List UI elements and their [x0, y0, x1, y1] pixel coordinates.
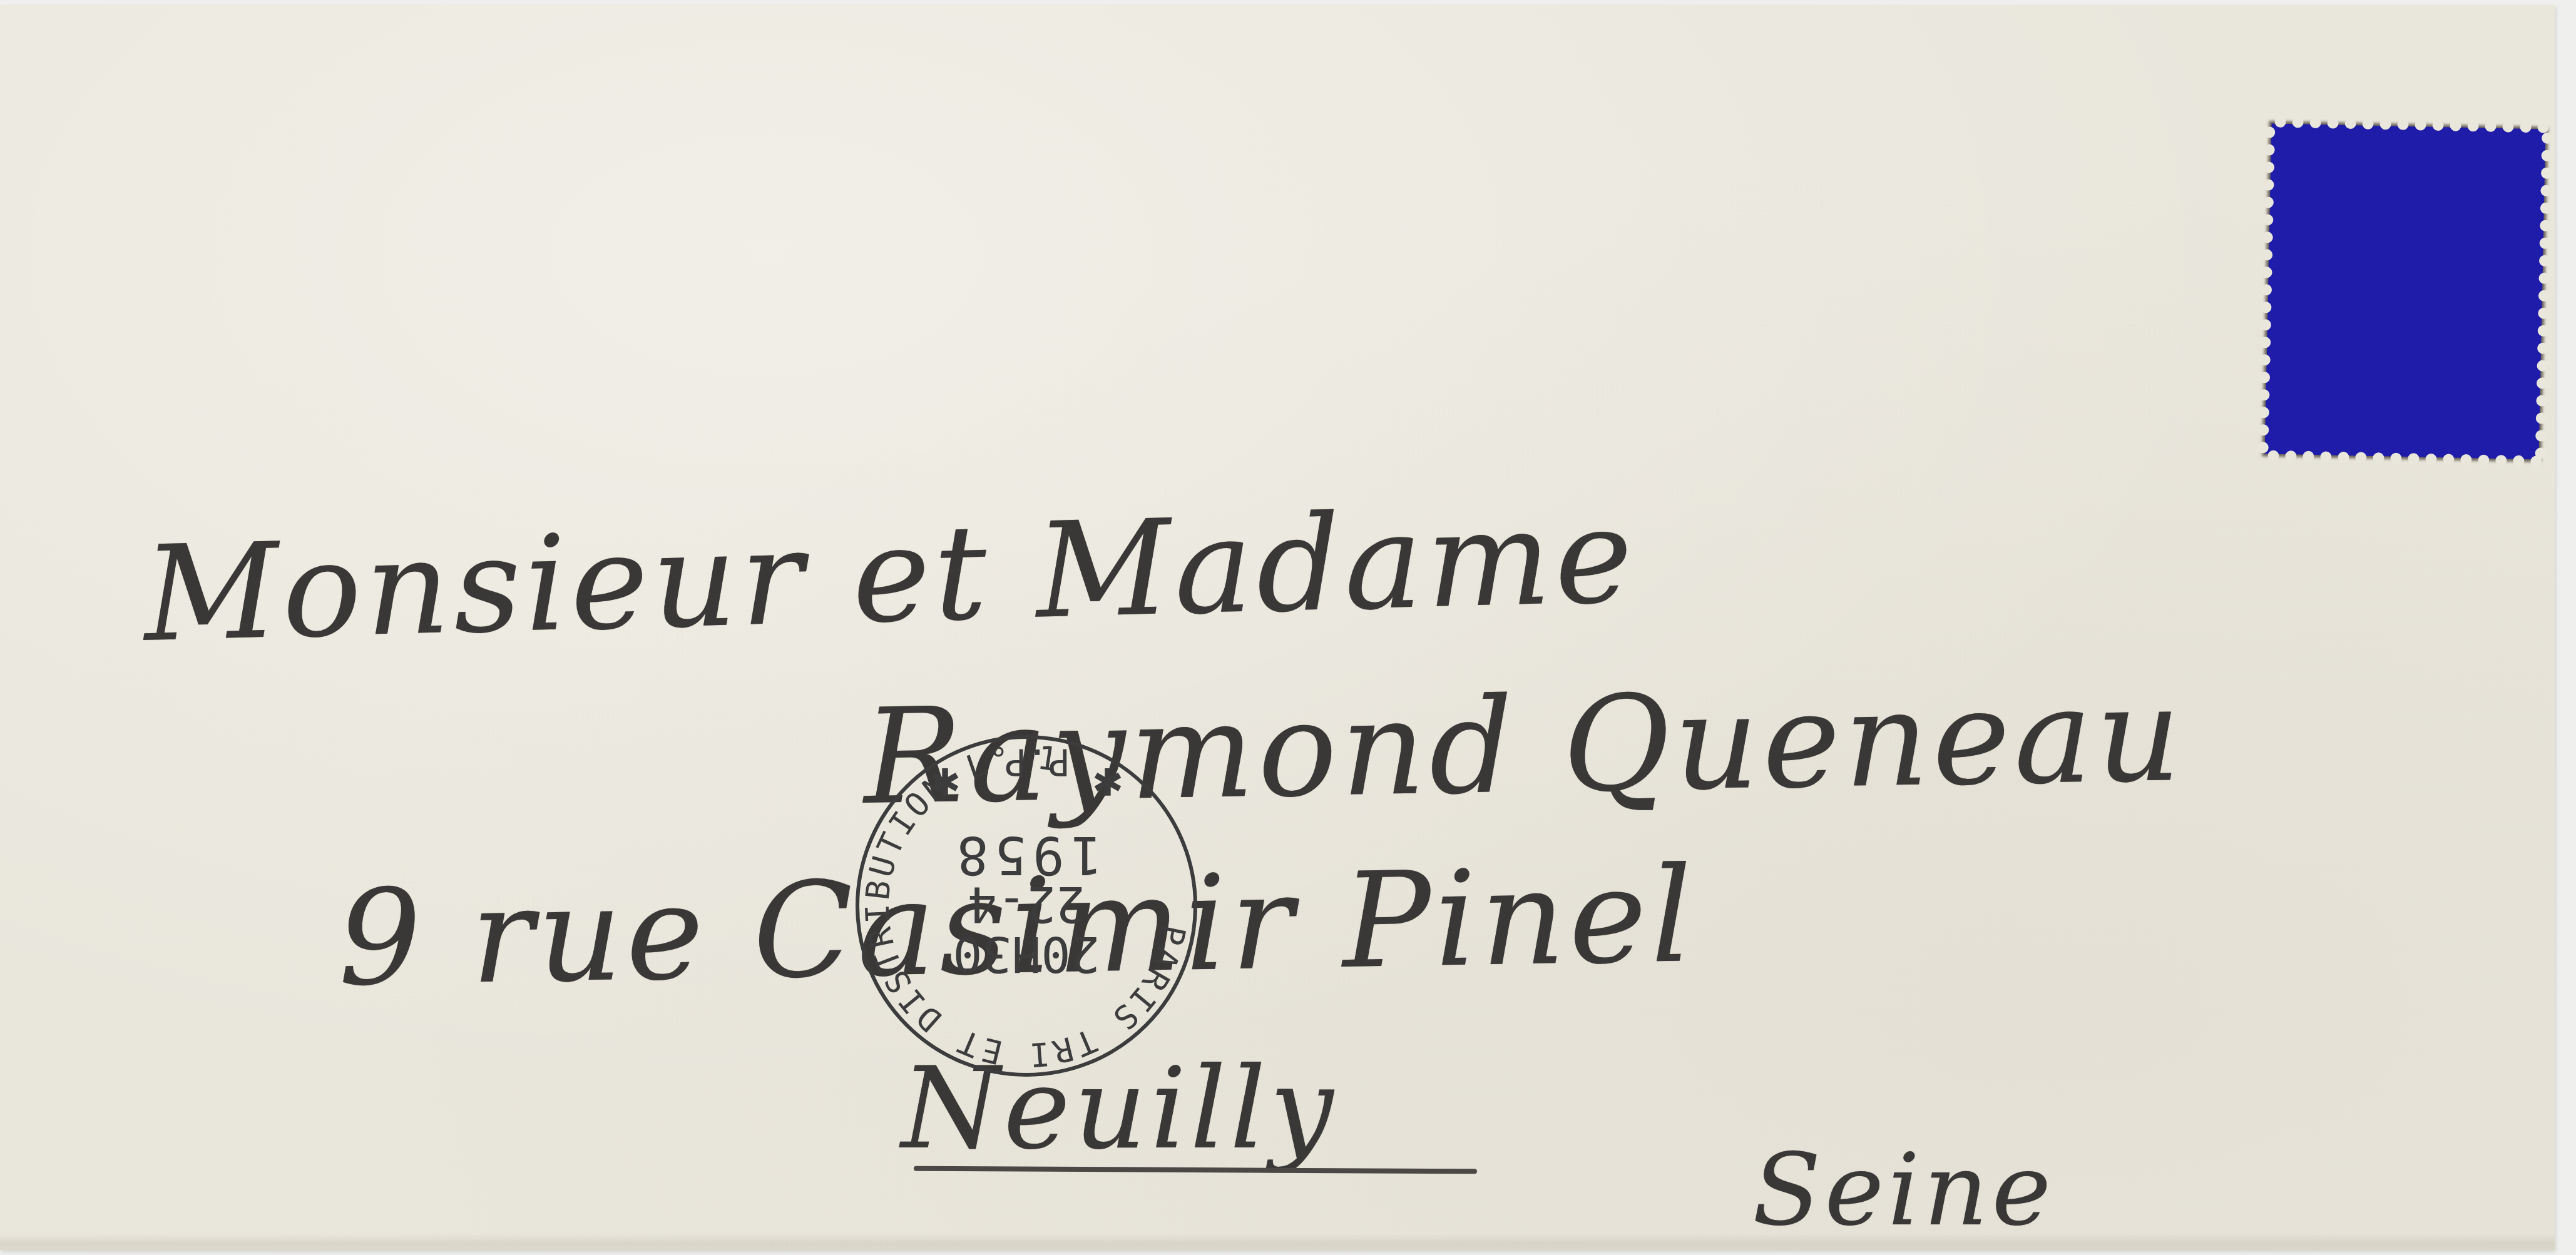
postmark-icon: PARIS TRI ET DISTRIBUTION L° 1 20H30 22-… — [845, 724, 1208, 1087]
blue-stamp — [2256, 114, 2555, 469]
scene: Monsieur et Madame Raymond Queneau 9 rue… — [0, 0, 2576, 1255]
svg-text:20H30: 20H30 — [953, 925, 1100, 982]
postmark: PARIS TRI ET DISTRIBUTION L° 1 20H30 22-… — [845, 724, 1208, 1087]
envelope-fold-edge — [0, 1234, 2555, 1250]
svg-text:✱: ✱ — [929, 759, 961, 803]
stamp-icon — [2256, 114, 2555, 469]
svg-text:✱: ✱ — [1092, 759, 1123, 803]
address-line-department: Seine — [1752, 1131, 2055, 1248]
svg-text:P.P.: P.P. — [983, 741, 1070, 783]
envelope: Monsieur et Madame Raymond Queneau 9 rue… — [0, 5, 2555, 1250]
svg-text:1958: 1958 — [951, 825, 1102, 886]
address-line-salutation: Monsieur et Madame — [142, 479, 1638, 671]
